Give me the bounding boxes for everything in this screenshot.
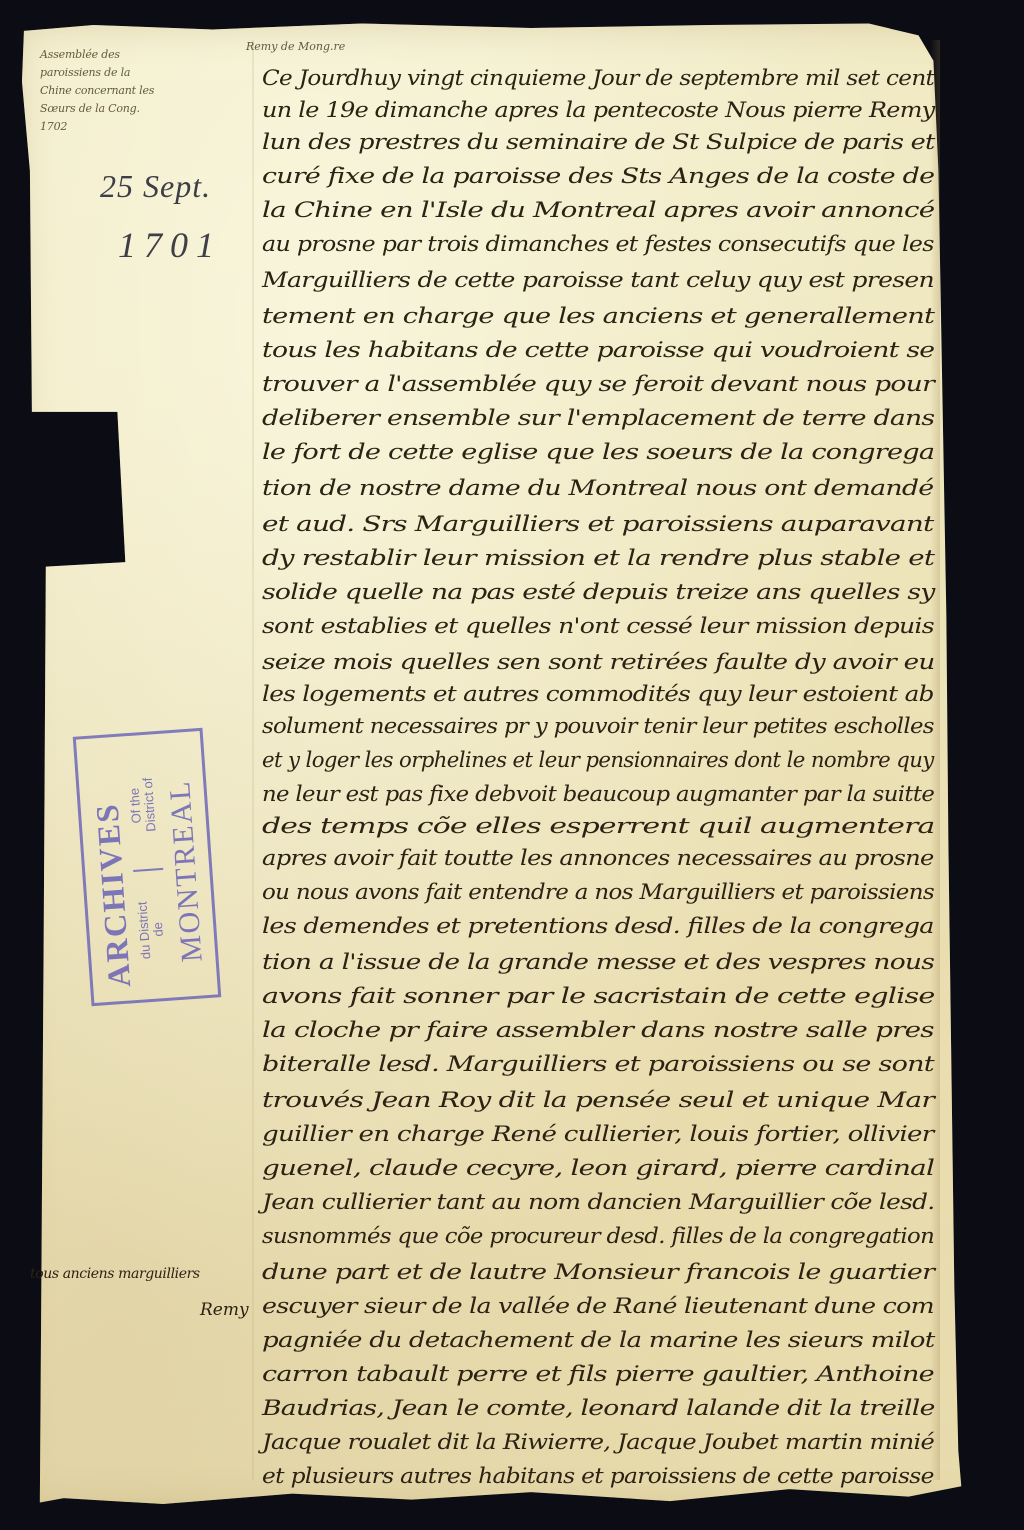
- manuscript-line: biteralle lesd. Marguilliers et paroissi…: [262, 1044, 934, 1084]
- margin-note-line: Sœurs de la Cong.: [40, 100, 250, 118]
- margin-note-line: 1702: [40, 118, 250, 136]
- stamp-city: MONTREAL: [163, 779, 210, 964]
- margin-note-line: Assemblée des: [40, 46, 250, 64]
- stamp-subtitle-fr: du District de: [134, 874, 170, 986]
- margin-annotation: tous anciens marguilliers: [30, 1266, 200, 1282]
- stamp-divider: [133, 868, 163, 872]
- manuscript-line: susnommés que cõe procureur desd. filles…: [262, 1216, 934, 1256]
- manuscript-line: les demendes et pretentions desd. filles…: [262, 906, 934, 946]
- margin-date-day: 25 Sept.: [100, 168, 211, 205]
- margin-date-year: 1701: [118, 224, 222, 266]
- margin-note-line: paroissiens de la: [40, 64, 250, 82]
- manuscript-line: le fort de cette eglise que les soeurs d…: [262, 432, 934, 472]
- top-margin-note: Remy de Mong.re: [246, 40, 345, 53]
- margin-summary-note: Assemblée des paroissiens de la Chine co…: [40, 46, 250, 136]
- page-fold: [252, 40, 254, 1480]
- scan-background: Remy de Mong.re Assemblée des paroissien…: [0, 0, 1024, 1530]
- stamp-subtitle-en: Of the District of: [125, 744, 161, 866]
- archives-stamp: ARCHIVES du District de Of the District …: [73, 728, 222, 1006]
- manuscript-line: tion de nostre dame du Montreal nous ont…: [262, 468, 933, 508]
- margin-note-line: Chine concernant les: [40, 82, 250, 100]
- margin-annotation-name: Remy: [200, 1300, 249, 1320]
- manuscript-line: sont establies et quelles n'ont cessé le…: [262, 606, 934, 646]
- manuscript-line: Marguilliers de cette paroisse tant celu…: [262, 260, 934, 300]
- manuscript-line: et plusieurs autres habitans et paroissi…: [262, 1456, 934, 1496]
- manuscript-line: au prosne par trois dimanches et festes …: [262, 224, 934, 264]
